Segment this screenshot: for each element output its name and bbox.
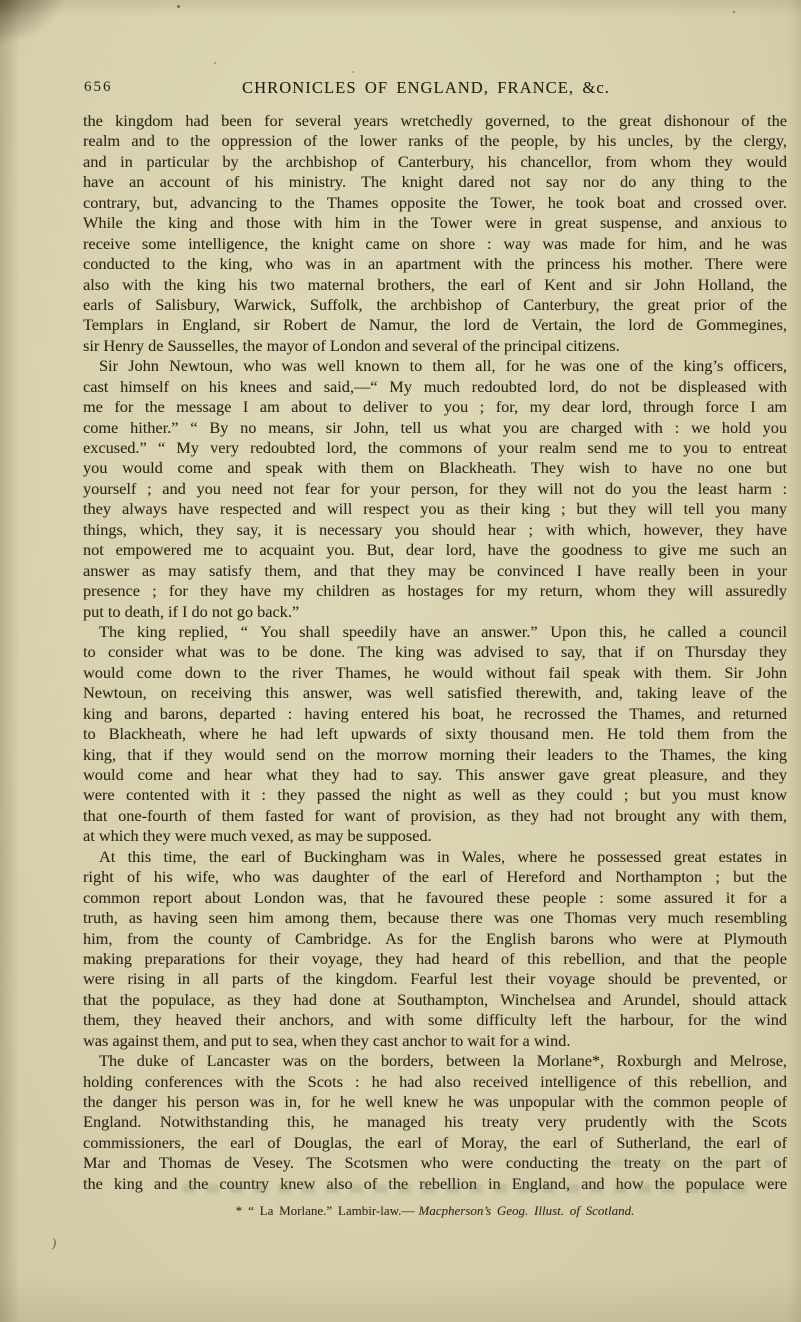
text-line: While the king and those with him in the…	[83, 213, 787, 233]
text-line: the danger his person was in, for he wel…	[83, 1092, 787, 1112]
text-line: presence ; for they have my children as …	[83, 581, 787, 601]
text-line: to Blackheath, where he had left upwards…	[83, 724, 787, 744]
book-page-scan: 656 CHRONICLES OF ENGLAND, FRANCE, &c. t…	[0, 0, 801, 1322]
text-line: the king and the country knew also of th…	[83, 1174, 787, 1194]
text-line: were contented with it : they passed the…	[83, 785, 787, 805]
text-line: that the populace, as they had done at S…	[83, 990, 787, 1010]
text-line: not empowered me to acquaint you. But, d…	[83, 540, 787, 560]
text-line: they always have respected and will resp…	[83, 499, 787, 519]
text-line: was against them, and put to sea, when t…	[83, 1031, 787, 1051]
text-block: the kingdom had been for several years w…	[83, 111, 787, 1194]
text-line: right of his wife, who was daughter of t…	[83, 867, 787, 887]
text-line: sir Henry de Sausselles, the mayor of Lo…	[83, 336, 787, 356]
text-line: making preparations for their voyage, th…	[83, 949, 787, 969]
text-line: to consider what was to be done. The kin…	[83, 642, 787, 662]
text-line: would come down to the river Thames, he …	[83, 663, 787, 683]
stray-ink-mark: )	[51, 1235, 58, 1251]
ink-speck	[177, 5, 180, 8]
footnote-marker: *	[236, 1203, 243, 1218]
text-line: the kingdom had been for several years w…	[83, 111, 787, 131]
text-line: excused.” “ My very redoubted lord, the …	[83, 438, 787, 458]
text-line: realm and to the oppression of the lower…	[83, 131, 787, 151]
text-line: you would come and speak with them on Bl…	[83, 458, 787, 478]
text-line: king and barons, departed : having enter…	[83, 704, 787, 724]
text-line: were rising in all parts of the kingdom.…	[83, 969, 787, 989]
text-line: commissioners, the earl of Douglas, the …	[83, 1133, 787, 1153]
text-line: England. Notwithstanding this, he manage…	[83, 1112, 787, 1132]
text-line: holding conferences with the Scots : he …	[83, 1072, 787, 1092]
footnote-source: Macpherson’s Geog. Illust. of Scotland.	[418, 1203, 634, 1218]
text-line: Newtoun, on receiving this answer, was w…	[83, 683, 787, 703]
text-line: them, they heaved their anchors, and wit…	[83, 1010, 787, 1030]
text-line: receive some intelligence, the knight ca…	[83, 234, 787, 254]
ink-speck	[733, 11, 735, 13]
text-line: conducted to the king, who was in an apa…	[83, 254, 787, 274]
text-line: come hither.” “ By no means, sir John, t…	[83, 418, 787, 438]
ink-speck	[352, 71, 354, 73]
ink-speck	[214, 62, 216, 64]
text-line: things, which, they say, it is necessary…	[83, 520, 787, 540]
text-line: me for the message I am about to deliver…	[83, 397, 787, 417]
text-line: have an account of his ministry. The kni…	[83, 172, 787, 192]
text-line: also with the king his two maternal brot…	[83, 275, 787, 295]
text-line: him, from the county of Cambridge. As fo…	[83, 929, 787, 949]
text-line: would come and hear what they had to say…	[83, 765, 787, 785]
text-line: The duke of Lancaster was on the borders…	[83, 1051, 787, 1071]
text-line: At this time, the earl of Buckingham was…	[83, 847, 787, 867]
text-line: Templars in England, sir Robert de Namur…	[83, 315, 787, 335]
footnote: *“ La Morlane.” Lambir-law.—Macpherson’s…	[83, 1203, 787, 1219]
text-line: cast himself on his knees and said,—“ My…	[83, 377, 787, 397]
text-line: common report about London was, that he …	[83, 888, 787, 908]
running-title: CHRONICLES OF ENGLAND, FRANCE, &c.	[74, 78, 778, 98]
text-line: yourself ; and you need not fear for you…	[83, 479, 787, 499]
footnote-text: “ La Morlane.” Lambir-law.—	[248, 1203, 414, 1218]
text-line: put to death, if I do not go back.”	[83, 602, 787, 622]
text-line: that one-fourth of them fasted for want …	[83, 806, 787, 826]
text-line: Sir John Newtoun, who was well known to …	[83, 356, 787, 376]
text-line: at which they were much vexed, as may be…	[83, 826, 787, 846]
text-line: Mar and Thomas de Vesey. The Scotsmen wh…	[83, 1153, 787, 1173]
text-line: king, that if they would send on the mor…	[83, 745, 787, 765]
text-line: and in particular by the archbishop of C…	[83, 152, 787, 172]
text-line: truth, as having seen him among them, be…	[83, 908, 787, 928]
text-line: earls of Salisbury, Warwick, Suffolk, th…	[83, 295, 787, 315]
text-line: contrary, but, advancing to the Thames o…	[83, 193, 787, 213]
text-line: answer as may satisfy them, and that the…	[83, 561, 787, 581]
text-line: The king replied, “ You shall speedily h…	[83, 622, 787, 642]
